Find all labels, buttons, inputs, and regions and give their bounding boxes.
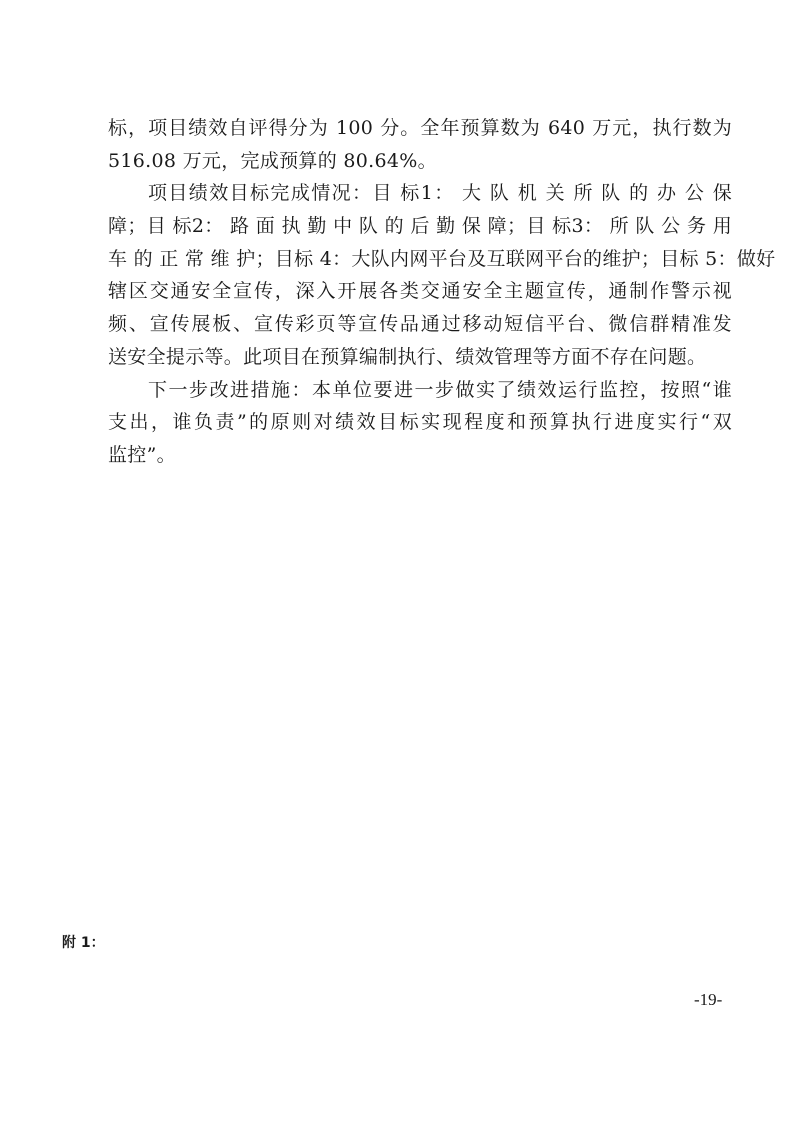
paragraph-line: 频、宣传展板、宣传彩页等宣传品通过移动短信平台、微信群精准发 (108, 308, 732, 341)
page-number: -19- (694, 990, 722, 1010)
paragraph-line: 障；目 标2： 路 面 执 勤 中 队 的 后 勤 保 障；目 标3： 所 队 … (108, 210, 732, 243)
paragraph-line: 标，项目绩效自评得分为 100 分。全年预算数为 640 万元，执行数为 (108, 112, 732, 145)
paragraph-line: 下一步改进措施：本单位要进一步做实了绩效运行监控，按照“谁 (108, 374, 732, 407)
document-page: 标，项目绩效自评得分为 100 分。全年预算数为 640 万元，执行数为 516… (0, 0, 793, 1122)
paragraph-line: 监控”。 (108, 439, 732, 472)
paragraph-line: 516.08 万元，完成预算的 80.64%。 (108, 145, 732, 178)
body-text: 标，项目绩效自评得分为 100 分。全年预算数为 640 万元，执行数为 516… (108, 112, 732, 472)
attachment-label: 附 1： (62, 932, 105, 952)
paragraph-line: 项目绩效目标完成情况：目 标1： 大 队 机 关 所 队 的 办 公 保 (108, 177, 732, 210)
paragraph-line: 辖区交通安全宣传，深入开展各类交通安全主题宣传，通制作警示视 (108, 275, 732, 308)
paragraph-line: 支出，谁负责”的原则对绩效目标实现程度和预算执行进度实行“双 (108, 406, 732, 439)
paragraph-line: 车 的 正 常 维 护；目标 4：大队内网平台及互联网平台的维护；目标 5：做好 (108, 243, 732, 276)
paragraph-line: 送安全提示等。此项目在预算编制执行、绩效管理等方面不存在问题。 (108, 341, 732, 374)
